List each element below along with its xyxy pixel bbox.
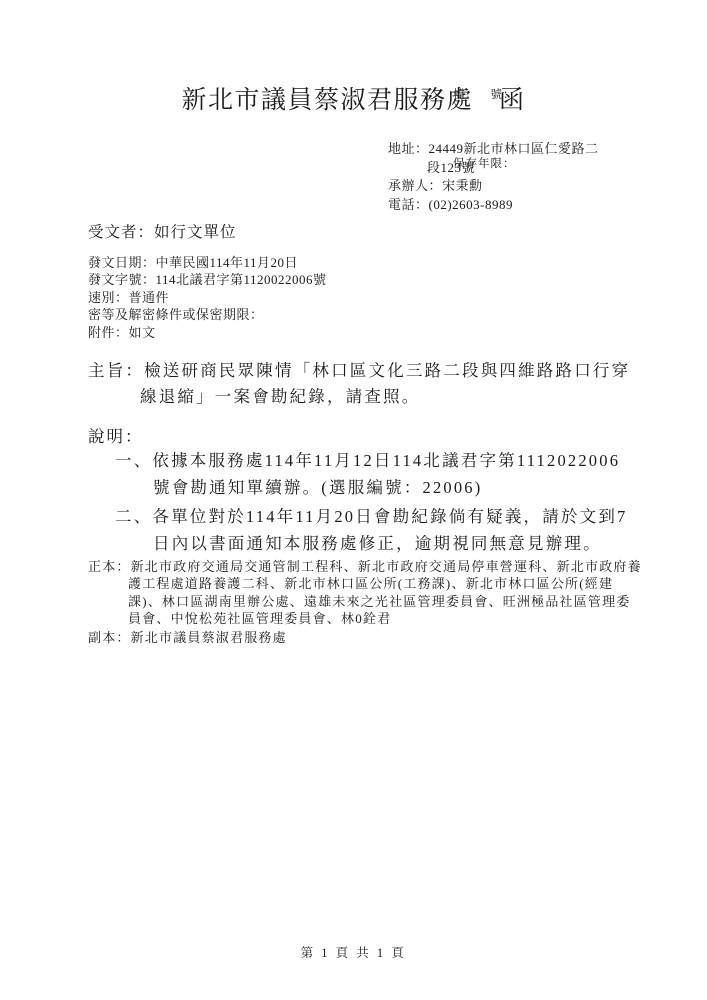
contact-info-block: 地址：24449新北市林口區仁愛路二段123號 承辦人：宋秉勳 電話：(02)2… xyxy=(388,140,602,214)
speed-value: 普通件 xyxy=(129,290,170,305)
explanation-item-1: 一、依據本服務處114年11月12日114北議君字第1112022006號會勘通… xyxy=(115,448,632,501)
attachment-label: 附件： xyxy=(88,325,129,340)
issue-date-line: 發文日期：中華民國114年11月20日 xyxy=(88,254,327,271)
official-letter-page: 檔 號： 保存年限： 新北市議員蔡淑君服務處函 地址：24449新北市林口區仁愛… xyxy=(0,0,707,1000)
distribution-block: 正本：新北市政府交通局交通管制工程科、新北市政府交通局停車營運科、新北市政府養護… xyxy=(88,558,644,646)
phone-label: 電話： xyxy=(388,197,429,212)
original-recipients: 新北市政府交通局交通管制工程科、新北市政府交通局停車營運科、新北市政府養護工程處… xyxy=(128,559,642,626)
speed-line: 速別：普通件 xyxy=(88,289,327,306)
doc-number-line: 發文字號：114北議君字第1120022006號 xyxy=(88,271,327,288)
item-1-number: 一、 xyxy=(115,451,152,470)
explanation-item-2: 二、各單位對於114年11月20日會勘紀錄倘有疑義，請於文到7日內以書面通知本服… xyxy=(115,504,632,557)
copy-recipients-line: 副本：新北市議員蔡淑君服務處 xyxy=(88,629,644,646)
phone-number: (02)2603-8989 xyxy=(429,197,514,212)
page-number-indicator: 第 1 頁 共 1 頁 xyxy=(0,943,707,961)
subject-label: 主旨： xyxy=(88,361,144,380)
document-title: 新北市議員蔡淑君服務處函 xyxy=(0,80,707,116)
subject-paragraph: 主旨：檢送研商民眾陳情「林口區文化三路二段與四維路路口行穿線退縮」一案會勘紀錄，… xyxy=(88,358,632,410)
attachment-line: 附件：如文 xyxy=(88,324,327,341)
officer-line: 承辦人：宋秉勳 xyxy=(388,177,602,196)
explanation-heading: 說明： xyxy=(88,423,144,447)
document-meta-block: 發文日期：中華民國114年11月20日 發文字號：114北議君字第1120022… xyxy=(88,254,327,341)
doc-number-label: 發文字號： xyxy=(88,272,156,287)
explanation-items: 一、依據本服務處114年11月12日114北議君字第1112022006號會勘通… xyxy=(115,448,632,557)
address-value: 24449新北市林口區仁愛路二段123號 xyxy=(427,141,599,175)
issuing-org-name: 新北市議員蔡淑君服務處 xyxy=(181,87,473,114)
address-label: 地址： xyxy=(388,141,429,156)
address-line: 地址：24449新北市林口區仁愛路二段123號 xyxy=(388,140,602,177)
copy-recipients: 新北市議員蔡淑君服務處 xyxy=(131,630,287,645)
classification-line: 密等及解密條件或保密期限： xyxy=(88,306,327,323)
item-1-text: 依據本服務處114年11月12日114北議君字第1112022006號會勘通知單… xyxy=(152,451,620,497)
issue-date-value: 中華民國114年11月20日 xyxy=(156,255,299,270)
item-2-text: 各單位對於114年11月20日會勘紀錄倘有疑義，請於文到7日內以書面通知本服務處… xyxy=(152,507,627,553)
recipient-label: 受文者： xyxy=(88,224,154,241)
issue-date-label: 發文日期： xyxy=(88,255,156,270)
document-type: 函 xyxy=(499,87,526,114)
original-recipients-line: 正本：新北市政府交通局交通管制工程科、新北市政府交通局停車營運科、新北市政府養護… xyxy=(88,558,644,627)
classification-label: 密等及解密條件或保密期限： xyxy=(88,307,264,322)
subject-text: 檢送研商民眾陳情「林口區文化三路二段與四維路路口行穿線退縮」一案會勘紀錄，請查照… xyxy=(140,361,630,406)
officer-label: 承辦人： xyxy=(388,178,442,193)
original-label: 正本： xyxy=(88,559,131,574)
speed-label: 速別： xyxy=(88,290,129,305)
phone-line: 電話：(02)2603-8989 xyxy=(388,196,602,215)
officer-name: 宋秉勳 xyxy=(442,178,483,193)
copy-label: 副本： xyxy=(88,630,131,645)
doc-number-value: 114北議君字第1120022006號 xyxy=(156,272,327,287)
recipient-line: 受文者：如行文單位 xyxy=(88,220,237,242)
attachment-value: 如文 xyxy=(129,325,156,340)
item-2-number: 二、 xyxy=(115,507,152,526)
recipient-value: 如行文單位 xyxy=(154,224,237,241)
